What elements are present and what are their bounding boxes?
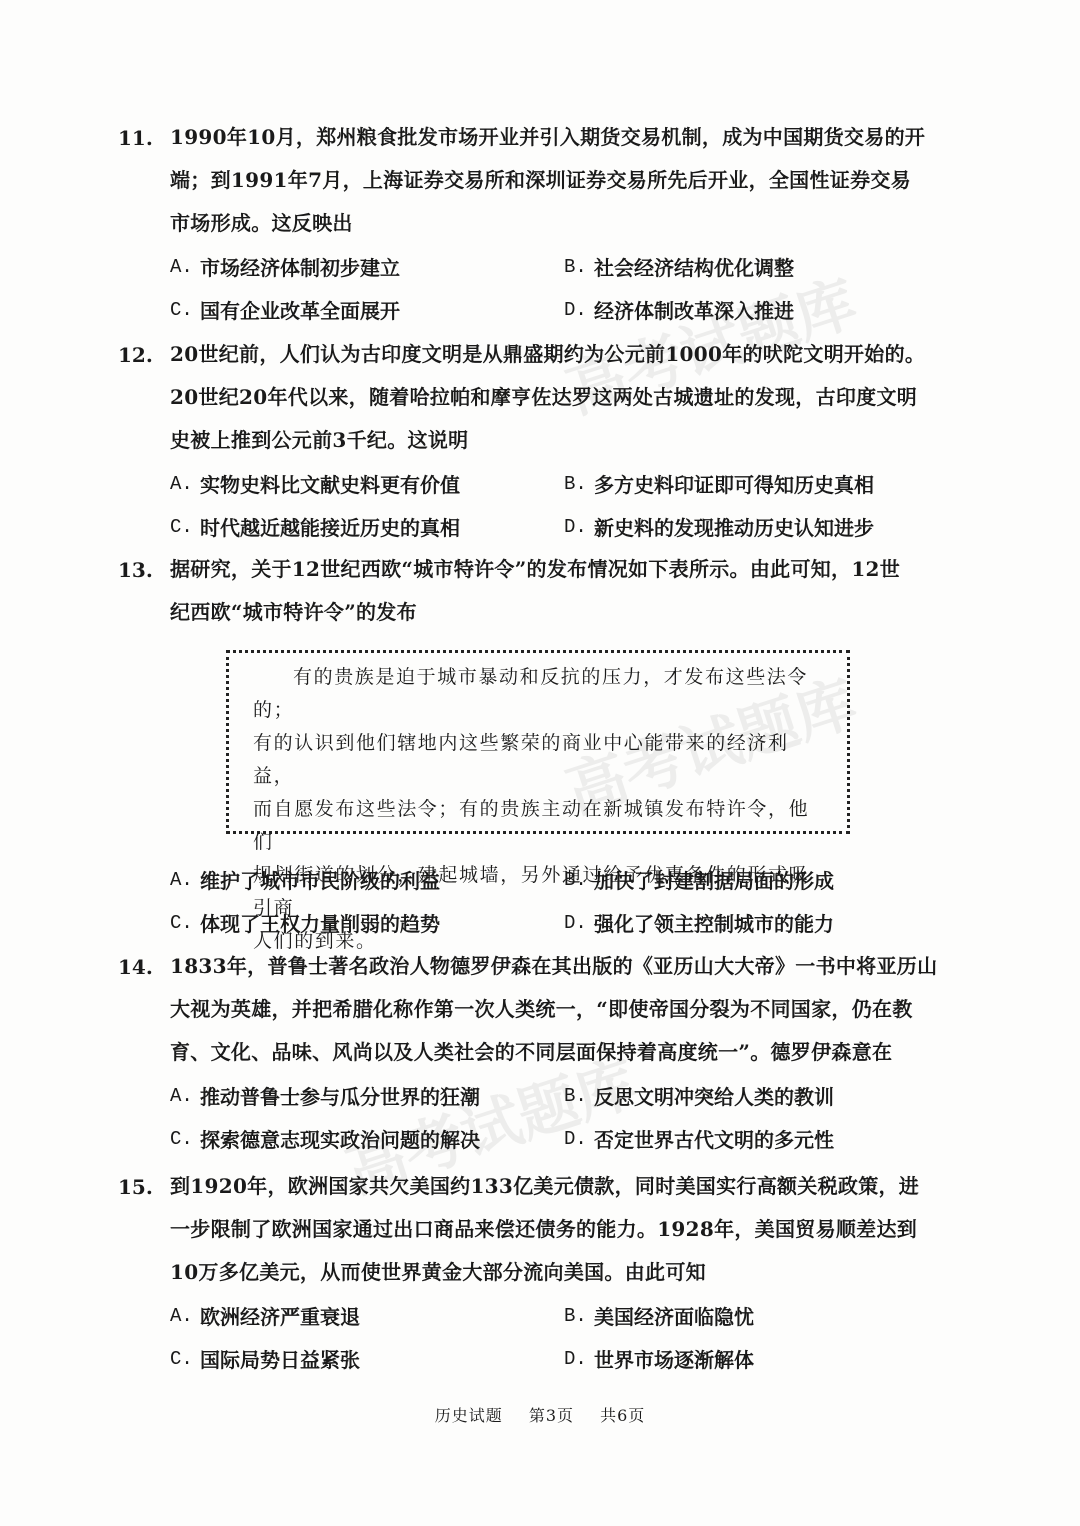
option-text: 新史料的发现推动历史认知进步 (594, 512, 874, 541)
option-text: 实物史料比文献史料更有价值 (200, 469, 460, 498)
question-stem: 1990年10月，郑州粮食批发市场开业并引入期货交易机制，成为中国期货交易的开 … (170, 116, 958, 245)
option-text: 加快了封建割据局面的形成 (594, 865, 834, 894)
option-letter: C. (170, 1128, 200, 1150)
option-letter: A. (170, 256, 200, 278)
quote-line: 有的贵族是迫于城市暴动和反抗的压力，才发布这些法令的； (253, 661, 829, 727)
option-c[interactable]: C.体现了王权力量削弱的趋势 (170, 908, 564, 937)
option-letter: C. (170, 299, 200, 321)
options: A.推动普鲁士参与瓜分世界的狂潮 B.反思文明冲突给人类的教训 C.探索德意志现… (170, 1074, 958, 1160)
option-letter: D. (564, 912, 594, 934)
question-13: 13. 据研究，关于12世纪西欧“城市特许令”的发布情况如下表所示。由此可知，1… (118, 548, 958, 634)
option-letter: C. (170, 516, 200, 538)
option-text: 经济体制改革深入推进 (594, 295, 794, 324)
question-stem: 1833年，普鲁士著名政治人物德罗伊森在其出版的《亚历山大大帝》一书中将亚历山 … (170, 945, 958, 1074)
stem-line: 纪西欧“城市特许令”的发布 (170, 591, 958, 634)
question-stem: 20世纪前，人们认为古印度文明是从鼎盛期约为公元前1000年的吠陀文明开始的。 … (170, 333, 958, 462)
option-letter: A. (170, 473, 200, 495)
page-footer: 历史试题 第3页 共6页 (0, 1403, 1080, 1426)
option-letter: A. (170, 1305, 200, 1327)
footer-page-number: 第3页 (529, 1406, 574, 1425)
stem-line: 一步限制了欧洲国家通过出口商品来偿还债务的能力。1928年，美国贸易顺差达到 (170, 1208, 958, 1251)
options: A.实物史料比文献史料更有价值 B.多方史料印证即可得知历史真相 C.时代越近越… (170, 462, 958, 548)
option-letter: C. (170, 1348, 200, 1370)
question-number: 15. (118, 1175, 153, 1199)
quote-box: 有的贵族是迫于城市暴动和反抗的压力，才发布这些法令的； 有的认识到他们辖地内这些… (226, 650, 850, 834)
option-text: 探索德意志现实政治问题的解决 (200, 1124, 480, 1153)
option-a[interactable]: A.维护了城市市民阶级的利益 (170, 865, 564, 894)
option-text: 时代越近越能接近历史的真相 (200, 512, 460, 541)
option-c[interactable]: C.国有企业改革全面展开 (170, 295, 564, 324)
stem-line: 育、文化、品味、风尚以及人类社会的不同层面保持着高度统一”。德罗伊森意在 (170, 1031, 958, 1074)
exam-page: 高考试题库 高考试题库 高考试题库 11. 1990年10月，郑州粮食批发市场开… (0, 0, 1080, 1526)
stem-line: 端；到1991年7月，上海证券交易所和深圳证券交易所先后开业，全国性证券交易 (170, 159, 958, 202)
option-b[interactable]: B.多方史料印证即可得知历史真相 (564, 469, 958, 498)
options: A.维护了城市市民阶级的利益 B.加快了封建割据局面的形成 C.体现了王权力量削… (170, 858, 958, 944)
option-b[interactable]: B.美国经济面临隐忧 (564, 1301, 958, 1330)
question-number: 13. (118, 558, 153, 582)
option-letter: D. (564, 1348, 594, 1370)
stem-line: 大视为英雄，并把希腊化称作第一次人类统一，“即使帝国分裂为不同国家，仍在教 (170, 988, 958, 1031)
option-c[interactable]: C.国际局势日益紧张 (170, 1344, 564, 1373)
option-a[interactable]: A.推动普鲁士参与瓜分世界的狂潮 (170, 1081, 564, 1110)
option-b[interactable]: B.加快了封建割据局面的形成 (564, 865, 958, 894)
option-text: 国有企业改革全面展开 (200, 295, 400, 324)
option-letter: B. (564, 869, 594, 891)
option-d[interactable]: D.世界市场逐渐解体 (564, 1344, 958, 1373)
options: A.市场经济体制初步建立 B.社会经济结构优化调整 C.国有企业改革全面展开 D… (170, 245, 958, 331)
footer-total-pages: 共6页 (600, 1406, 645, 1425)
option-text: 市场经济体制初步建立 (200, 252, 400, 281)
option-d[interactable]: D.否定世界古代文明的多元性 (564, 1124, 958, 1153)
option-b[interactable]: B.社会经济结构优化调整 (564, 252, 958, 281)
question-11: 11. 1990年10月，郑州粮食批发市场开业并引入期货交易机制，成为中国期货交… (118, 116, 958, 331)
option-text: 强化了领主控制城市的能力 (594, 908, 834, 937)
option-letter: B. (564, 1305, 594, 1327)
option-letter: B. (564, 1085, 594, 1107)
question-number: 14. (118, 955, 153, 979)
quote-line: 而自愿发布这些法令；有的贵族主动在新城镇发布特许令，他们 (253, 793, 829, 859)
quote-line: 有的认识到他们辖地内这些繁荣的商业中心能带来的经济利益， (253, 727, 829, 793)
option-text: 世界市场逐渐解体 (594, 1344, 754, 1373)
option-text: 国际局势日益紧张 (200, 1344, 360, 1373)
question-12: 12. 20世纪前，人们认为古印度文明是从鼎盛期约为公元前1000年的吠陀文明开… (118, 333, 958, 548)
option-text: 欧洲经济严重衰退 (200, 1301, 360, 1330)
option-text: 美国经济面临隐忧 (594, 1301, 754, 1330)
stem-line: 市场形成。这反映出 (170, 202, 958, 245)
option-text: 多方史料印证即可得知历史真相 (594, 469, 874, 498)
option-text: 推动普鲁士参与瓜分世界的狂潮 (200, 1081, 480, 1110)
question-13-options: A.维护了城市市民阶级的利益 B.加快了封建割据局面的形成 C.体现了王权力量削… (118, 858, 958, 944)
option-letter: B. (564, 256, 594, 278)
option-text: 反思文明冲突给人类的教训 (594, 1081, 834, 1110)
question-14: 14. 1833年，普鲁士著名政治人物德罗伊森在其出版的《亚历山大大帝》一书中将… (118, 945, 958, 1160)
option-a[interactable]: A.市场经济体制初步建立 (170, 252, 564, 281)
option-letter: D. (564, 1128, 594, 1150)
question-number: 12. (118, 343, 153, 367)
question-number: 11. (118, 126, 153, 150)
option-letter: A. (170, 869, 200, 891)
option-d[interactable]: D.经济体制改革深入推进 (564, 295, 958, 324)
option-c[interactable]: C.探索德意志现实政治问题的解决 (170, 1124, 564, 1153)
option-letter: A. (170, 1085, 200, 1107)
option-text: 体现了王权力量削弱的趋势 (200, 908, 440, 937)
option-letter: D. (564, 299, 594, 321)
option-text: 维护了城市市民阶级的利益 (200, 865, 440, 894)
stem-line: 1990年10月，郑州粮食批发市场开业并引入期货交易机制，成为中国期货交易的开 (170, 116, 958, 159)
option-b[interactable]: B.反思文明冲突给人类的教训 (564, 1081, 958, 1110)
options: A.欧洲经济严重衰退 B.美国经济面临隐忧 C.国际局势日益紧张 D.世界市场逐… (170, 1294, 958, 1380)
option-text: 否定世界古代文明的多元性 (594, 1124, 834, 1153)
stem-line: 史被上推到公元前3千纪。这说明 (170, 419, 958, 462)
option-d[interactable]: D.强化了领主控制城市的能力 (564, 908, 958, 937)
option-letter: D. (564, 516, 594, 538)
option-c[interactable]: C.时代越近越能接近历史的真相 (170, 512, 564, 541)
stem-line: 据研究，关于12世纪西欧“城市特许令”的发布情况如下表所示。由此可知，12世 (170, 548, 958, 591)
stem-line: 10万多亿美元，从而使世界黄金大部分流向美国。由此可知 (170, 1251, 958, 1294)
stem-line: 1833年，普鲁士著名政治人物德罗伊森在其出版的《亚历山大大帝》一书中将亚历山 (170, 945, 958, 988)
question-stem: 到1920年，欧洲国家共欠美国约133亿美元债款，同时美国实行高额关税政策，进 … (170, 1165, 958, 1294)
footer-subject: 历史试题 (435, 1406, 503, 1425)
question-stem: 据研究，关于12世纪西欧“城市特许令”的发布情况如下表所示。由此可知，12世 纪… (170, 548, 958, 634)
option-letter: C. (170, 912, 200, 934)
stem-line: 到1920年，欧洲国家共欠美国约133亿美元债款，同时美国实行高额关税政策，进 (170, 1165, 958, 1208)
option-letter: B. (564, 473, 594, 495)
option-text: 社会经济结构优化调整 (594, 252, 794, 281)
question-15: 15. 到1920年，欧洲国家共欠美国约133亿美元债款，同时美国实行高额关税政… (118, 1165, 958, 1380)
option-a[interactable]: A.欧洲经济严重衰退 (170, 1301, 564, 1330)
option-a[interactable]: A.实物史料比文献史料更有价值 (170, 469, 564, 498)
stem-line: 20世纪20年代以来，随着哈拉帕和摩亨佐达罗这两处古城遗址的发现，古印度文明 (170, 376, 958, 419)
stem-line: 20世纪前，人们认为古印度文明是从鼎盛期约为公元前1000年的吠陀文明开始的。 (170, 333, 958, 376)
option-d[interactable]: D.新史料的发现推动历史认知进步 (564, 512, 958, 541)
